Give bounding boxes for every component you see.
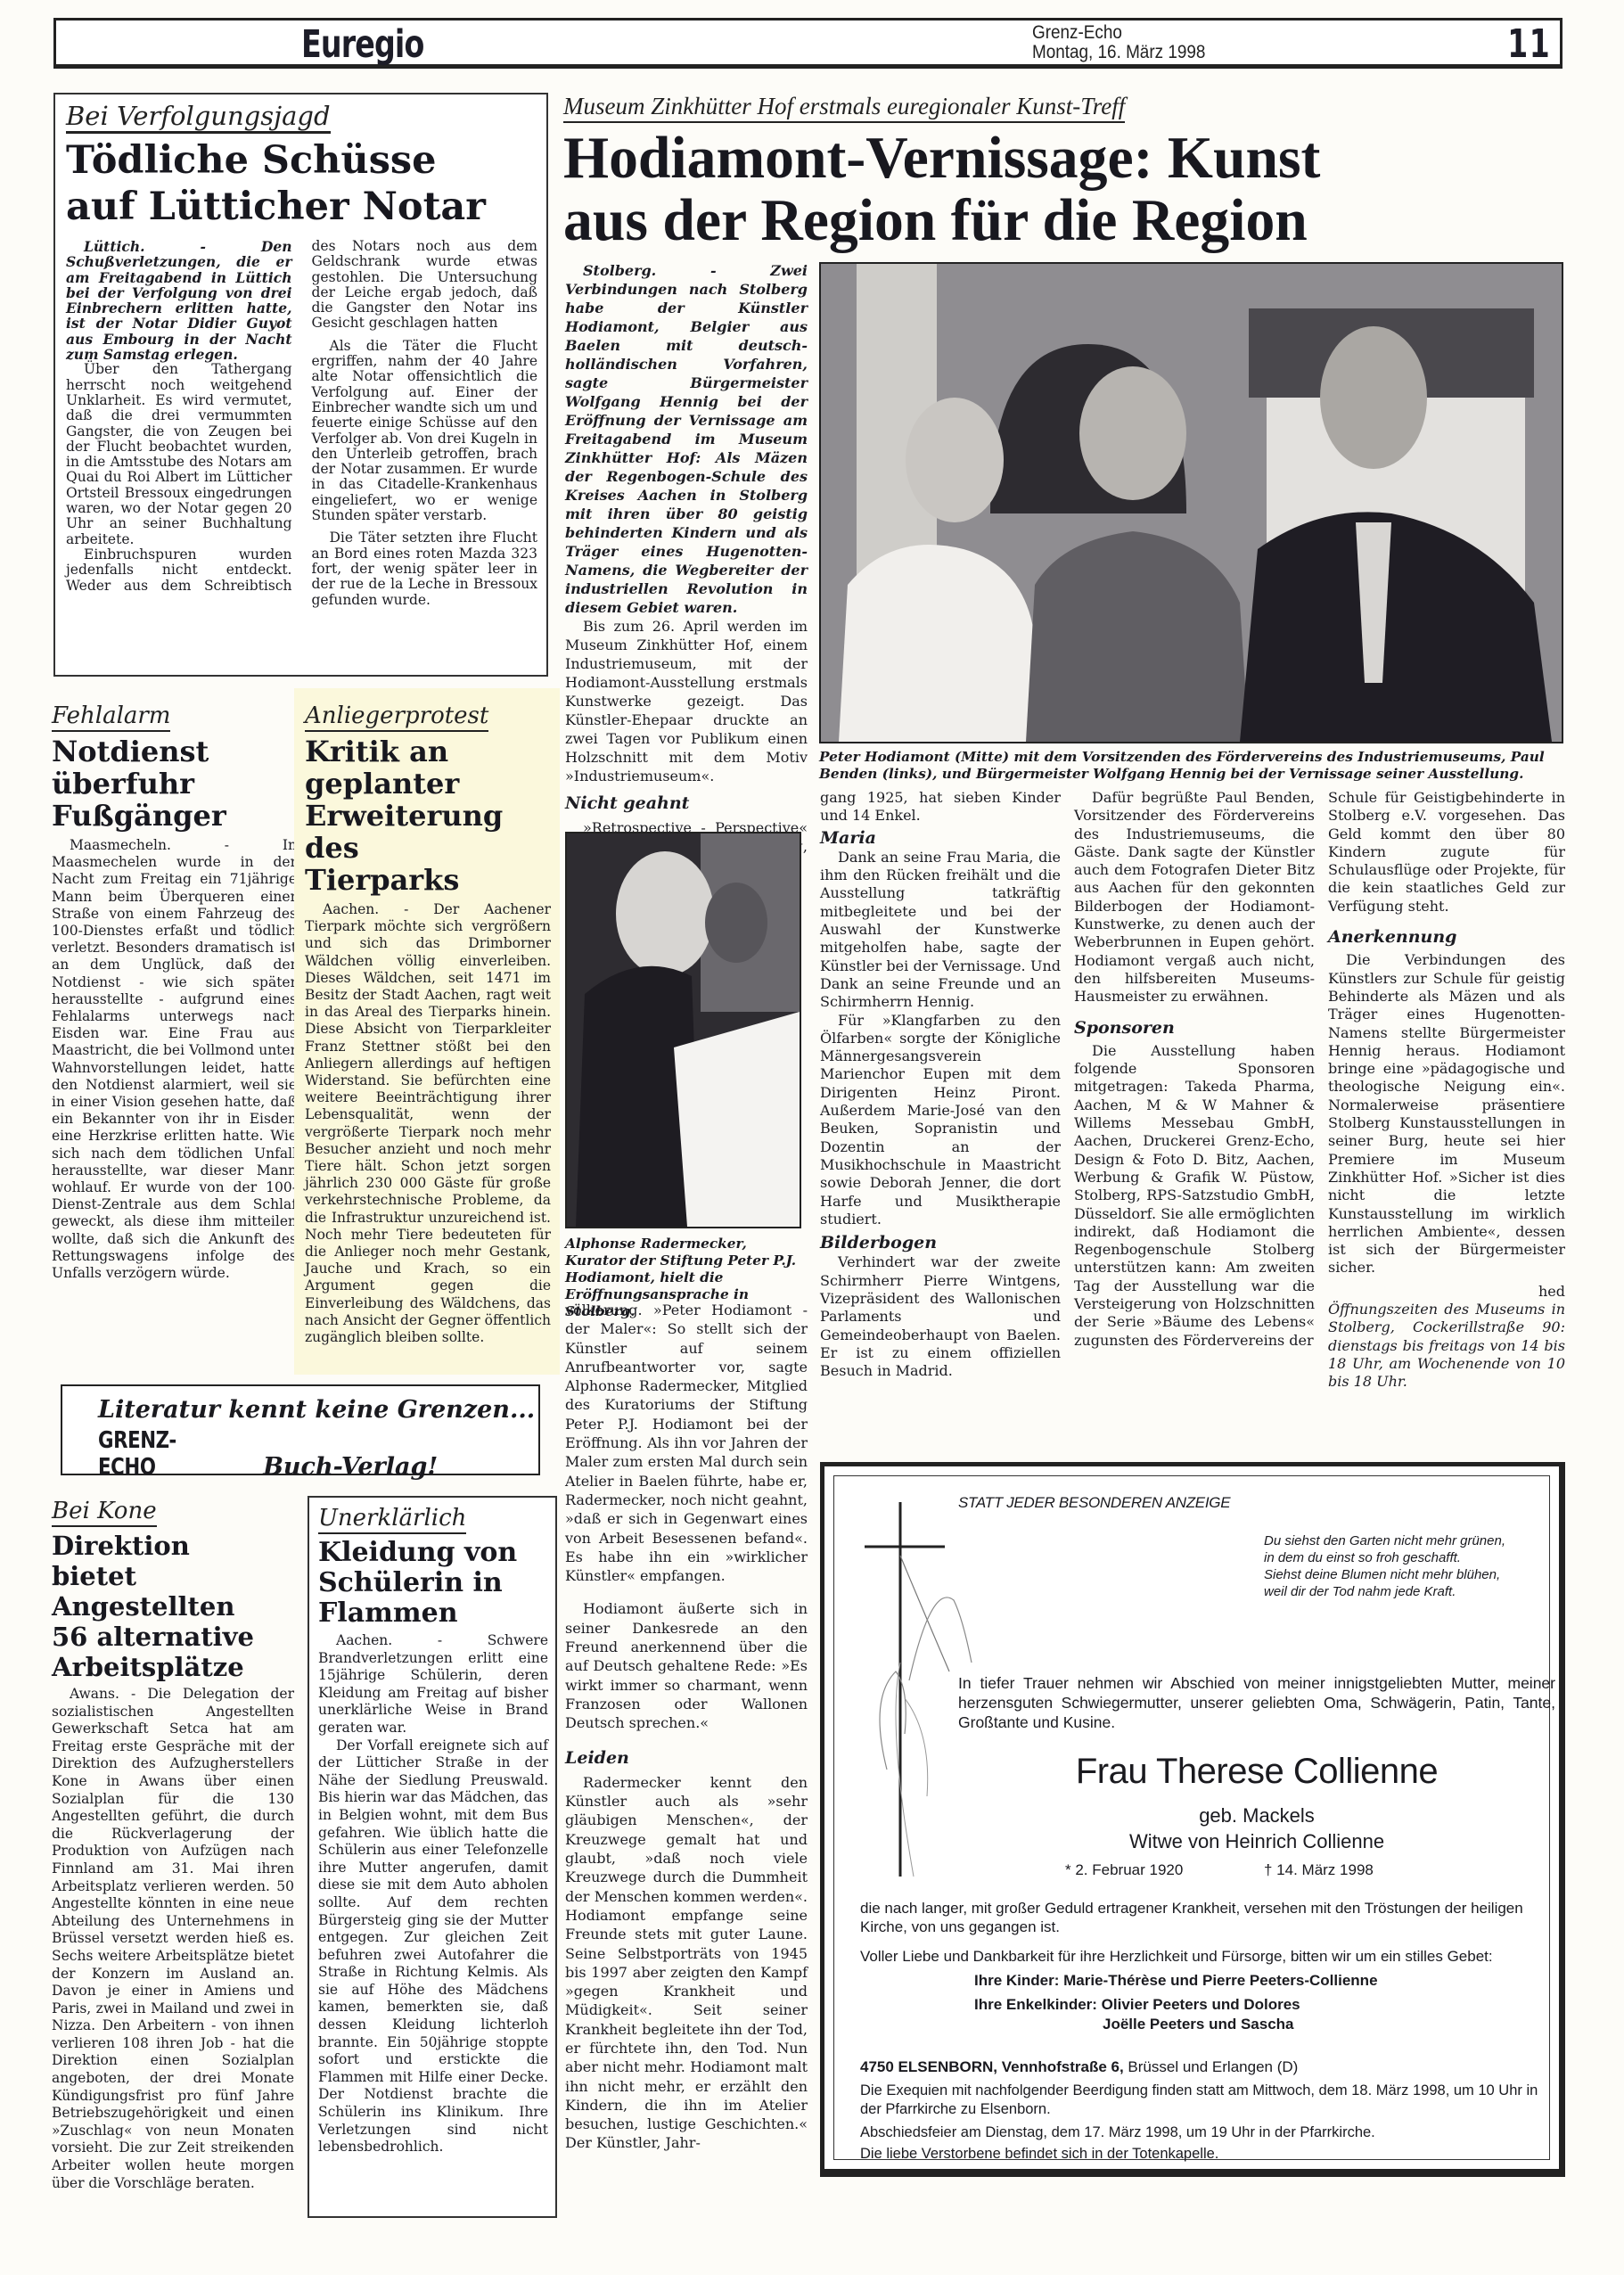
headline: Notdienst überfuhr Fußgänger [52, 735, 257, 832]
photo-vernissage [819, 262, 1563, 743]
obit-grandchildren-1: Ihre Enkelkinder: Olivier Peeters und Do… [974, 1996, 1300, 2014]
ad-brand-line: GRENZ-ECHO Buch-Verlag! [98, 1427, 538, 1481]
kicker: Bei Verfolgungsjagd [66, 102, 331, 134]
ad-buchverlag[interactable]: Literatur kennt keine Grenzen... GRENZ-E… [61, 1384, 540, 1475]
obit-children: Ihre Kinder: Marie-Thérèse und Pierre Pe… [974, 1972, 1378, 1990]
obit-passing: die nach langer, mit großer Geduld ertra… [860, 1899, 1555, 1936]
subhead: Sponsoren [1074, 1019, 1315, 1037]
article-notar: Bei Verfolgungsjagd Tödliche Schüsse auf… [53, 93, 548, 677]
article-schuelerin: Unerklärlich Kleidung von Schülerin in F… [308, 1496, 557, 2218]
headline: Tödliche Schüsse auf Lütticher Notar [66, 137, 537, 230]
hodiamont-col1-top: Stolberg. - Zwei Verbindungen nach Stolb… [565, 261, 808, 875]
obit-widow: Witwe von Heinrich Collienne [958, 1830, 1555, 1853]
subhead: Maria [820, 829, 1061, 847]
article-body: Awans. - Die Delegation der sozialistisc… [52, 1686, 294, 2192]
headline: Direktion bietet Angestellten 56 alterna… [52, 1531, 279, 1682]
ad-slogan: Literatur kennt keine Grenzen... [98, 1395, 538, 1425]
kicker: Museum Zinkhütter Hof erstmals euregiona… [563, 92, 1125, 123]
kicker: Bei Kone [52, 1498, 157, 1527]
lead: Stolberg. - Zwei Verbindungen nach Stolb… [565, 261, 808, 617]
headline: Kleidung von Schülerin in Flammen [318, 1538, 548, 1629]
obituary-notice: STATT JEDER BESONDEREN ANZEIGE Du siehst… [820, 1462, 1565, 2177]
article-tierpark: Anliegerprotest Kritik an geplanter Erwe… [294, 688, 560, 1375]
obit-prayer: Voller Liebe und Dankbarkeit für ihre He… [860, 1948, 1555, 1966]
article-body: Lüttich. - Den Schußverletzungen, die er… [66, 239, 537, 608]
subhead: Leiden [565, 1749, 808, 1768]
article-body: Aachen. - Der Aachener Tierpark möchte s… [305, 901, 551, 1346]
obit-address: 4750 ELSENBORN, Vennhofstraße 6, Brüssel… [860, 2058, 1298, 2076]
subhead: Bilderbogen [820, 1234, 1061, 1252]
opening-hours: Öffnungszeiten des Museums in Stolberg, … [1328, 1301, 1565, 1391]
photo-radermecker [565, 832, 801, 1228]
headline: Hodiamont-Vernissage: Kunst aus der Regi… [563, 127, 1550, 251]
issue-date: Montag, 16. März 1998 [1032, 43, 1205, 62]
subhead: Nicht geahnt [565, 794, 808, 813]
lead: Lüttich. - Den Schußverletzungen, die er… [66, 239, 292, 362]
ad-tagline: Buch-Verlag! [263, 1453, 438, 1481]
obit-chapel: Die liebe Verstorbene befindet sich in d… [860, 2146, 1218, 2163]
obit-name: Frau Therese Collienne [958, 1752, 1555, 1792]
section-title: Euregio [301, 22, 423, 67]
obit-born: * 2. Februar 1920 [1065, 1861, 1183, 1879]
ad-brand: GRENZ-ECHO [98, 1427, 230, 1481]
obit-header: STATT JEDER BESONDEREN ANZEIGE [958, 1494, 1230, 1512]
obit-funeral: Die Exequien mit nachfolgender Beerdigun… [860, 2082, 1555, 2119]
kicker: Anliegerprotest [305, 702, 488, 732]
page-number: 11 [1507, 21, 1551, 67]
hodiamont-col2: gang 1925, hat sieben Kinder und 14 Enke… [820, 789, 1061, 1381]
subhead: Anerkennung [1328, 928, 1565, 946]
hodiamont-col3: Dafür begrüßte Paul Benden, Vorsitzender… [1074, 789, 1315, 1350]
photo-caption-main: Peter Hodiamont (Mitte) mit dem Vorsitze… [819, 749, 1568, 783]
kicker: Fehlalarm [52, 702, 170, 732]
hodiamont-col4: Schule für Geistigbehinderte in Stolberg… [1328, 789, 1565, 1392]
obit-poem: Du siehst den Garten nicht mehr grünen, … [1264, 1532, 1505, 1600]
article-kone: Bei Kone Direktion bietet Angestellten 5… [52, 1498, 294, 2192]
photo-image [821, 264, 1562, 742]
kicker: Unerklärlich [318, 1505, 466, 1534]
author: hed [1328, 1283, 1565, 1301]
paper-info: Grenz-Echo Montag, 16. März 1998 [1032, 23, 1205, 62]
obit-intro: In tiefer Trauer nehmen wir Abschied von… [958, 1673, 1555, 1732]
article-fehlalarm: Fehlalarm Notdienst überfuhr Fußgänger M… [52, 702, 297, 1282]
article-hodiamont-header: Museum Zinkhütter Hof erstmals euregiona… [563, 92, 1571, 251]
hodiamont-col1-bottom: völkerung. »Peter Hodiamont - der Maler«… [565, 1301, 808, 2153]
article-body: Aachen. - Schwere Brandverletzungen erli… [318, 1632, 548, 2156]
headline: Kritik an geplanter Erweiterung des Tier… [305, 735, 510, 896]
obit-maiden: geb. Mackels [958, 1804, 1555, 1827]
obit-farewell: Abschiedsfeier am Dienstag, dem 17. März… [860, 2124, 1375, 2141]
paper-name: Grenz-Echo [1032, 23, 1205, 43]
masthead: Euregio Grenz-Echo Montag, 16. März 1998… [53, 18, 1562, 69]
article-body: Maasmecheln. - In Maasmechelen wurde in … [52, 837, 297, 1282]
obit-died: † 14. März 1998 [1264, 1861, 1374, 1879]
obit-grandchildren-2: Joëlle Peeters und Sascha [1103, 2016, 1294, 2033]
